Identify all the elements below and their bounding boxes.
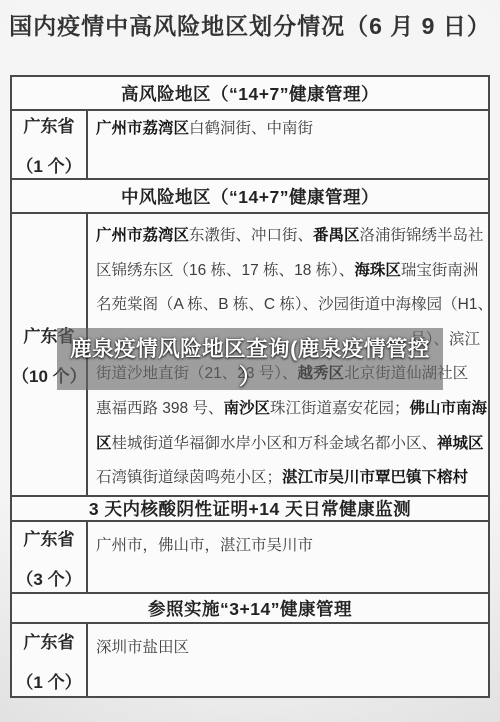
region-cell: 广州市荔湾区白鹤洞街、中南街 [88,111,488,178]
page-title: 国内疫情中高风险地区划分情况（6 月 9 日） [0,8,500,41]
section-header-high-risk: 高风险地区（“14+7”健康管理） [12,77,488,109]
province-cell: 广东省 （3 个） [12,522,88,592]
province-count: （3 个） [16,565,81,590]
region-text-line: 区桂城街道华福御水岸小区和万科金域名都小区、禅城区 [96,427,480,462]
watermark-overlay: 鹿泉疫情风险地区查询(鹿泉疫情管控 ） [57,328,443,390]
document-page: 国内疫情中高风险地区划分情况（6 月 9 日） 高风险地区（“14+7”健康管理… [0,0,500,722]
section-header-medium-risk: 中风险地区（“14+7”健康管理） [12,178,488,212]
region-text-line: 深圳市盐田区 [96,637,480,659]
province-label: 广东省 [24,628,75,653]
region-text-line: 名苑棠阁（A 栋、B 栋、C 栋）、沙园街道中海橡园（H1、 [96,288,480,323]
province-label: 广东省 [24,112,75,137]
region-text-line: 广州市荔湾区白鹤洞街、中南街 [96,118,480,140]
province-cell: 广东省 （1 个） [12,111,88,178]
region-cell: 深圳市盐田区 [88,624,488,696]
province-count: （1 个） [16,668,81,693]
province-cell: 广东省 （1 个） [12,624,88,696]
section-header-reference-management: 参照实施“3+14”健康管理 [12,592,488,622]
watermark-paren: ） [239,363,261,391]
region-text-line: 区锦绣东区（16 栋、17 栋、18 栋）、海珠区瑞宝街南洲 [96,254,480,289]
region-text-line: 广州市荔湾区东漖街、冲口街、番禺区洛浦街锦绣半岛社 [96,219,480,254]
table-row-reference-management: 广东省 （1 个） 深圳市盐田区 [12,622,488,696]
watermark-background: 鹿泉疫情风险地区查询(鹿泉疫情管控 ） [57,328,443,390]
region-text-line: 广州市，佛山市，湛江市吴川市 [96,535,480,557]
table-row-high-risk: 广东省 （1 个） 广州市荔湾区白鹤洞街、中南街 [12,109,488,178]
section-header-nucleic-test: 3 天内核酸阴性证明+14 天日常健康监测 [12,495,488,520]
region-cell: 广州市，佛山市，湛江市吴川市 [88,522,488,592]
province-label: 广东省 [24,525,75,550]
region-text-line: 惠福西路 398 号、南沙区珠江街道嘉安花园；佛山市南海 [96,392,480,427]
province-count: （1 个） [16,152,81,177]
region-text-line: 石湾镇街道绿茵鸣苑小区；湛江市吴川市覃巴镇下榕村 [96,461,480,495]
watermark-text: 鹿泉疫情风险地区查询(鹿泉疫情管控 [70,332,430,363]
table-row-nucleic-test: 广东省 （3 个） 广州市，佛山市，湛江市吴川市 [12,520,488,592]
